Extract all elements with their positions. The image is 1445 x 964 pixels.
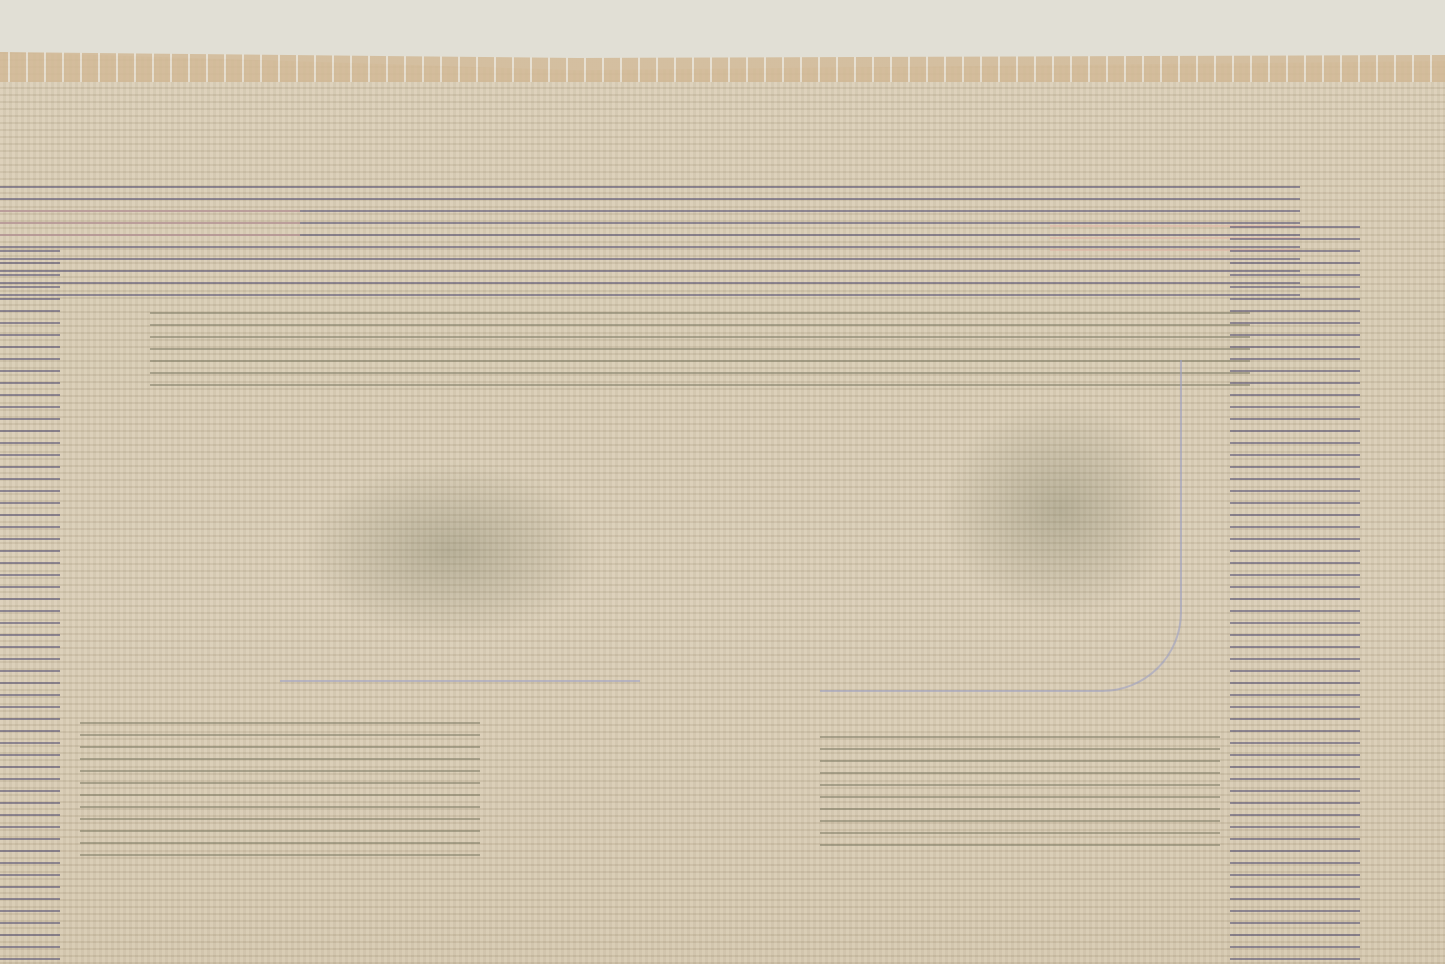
lavender-outline-left (280, 620, 640, 682)
left-border-band (0, 250, 60, 964)
pink-accent-top (0, 200, 300, 240)
olive-band (80, 720, 480, 860)
olive-band (820, 730, 1220, 850)
olive-motif-left (300, 460, 600, 640)
lavender-outline-right (820, 360, 1182, 692)
